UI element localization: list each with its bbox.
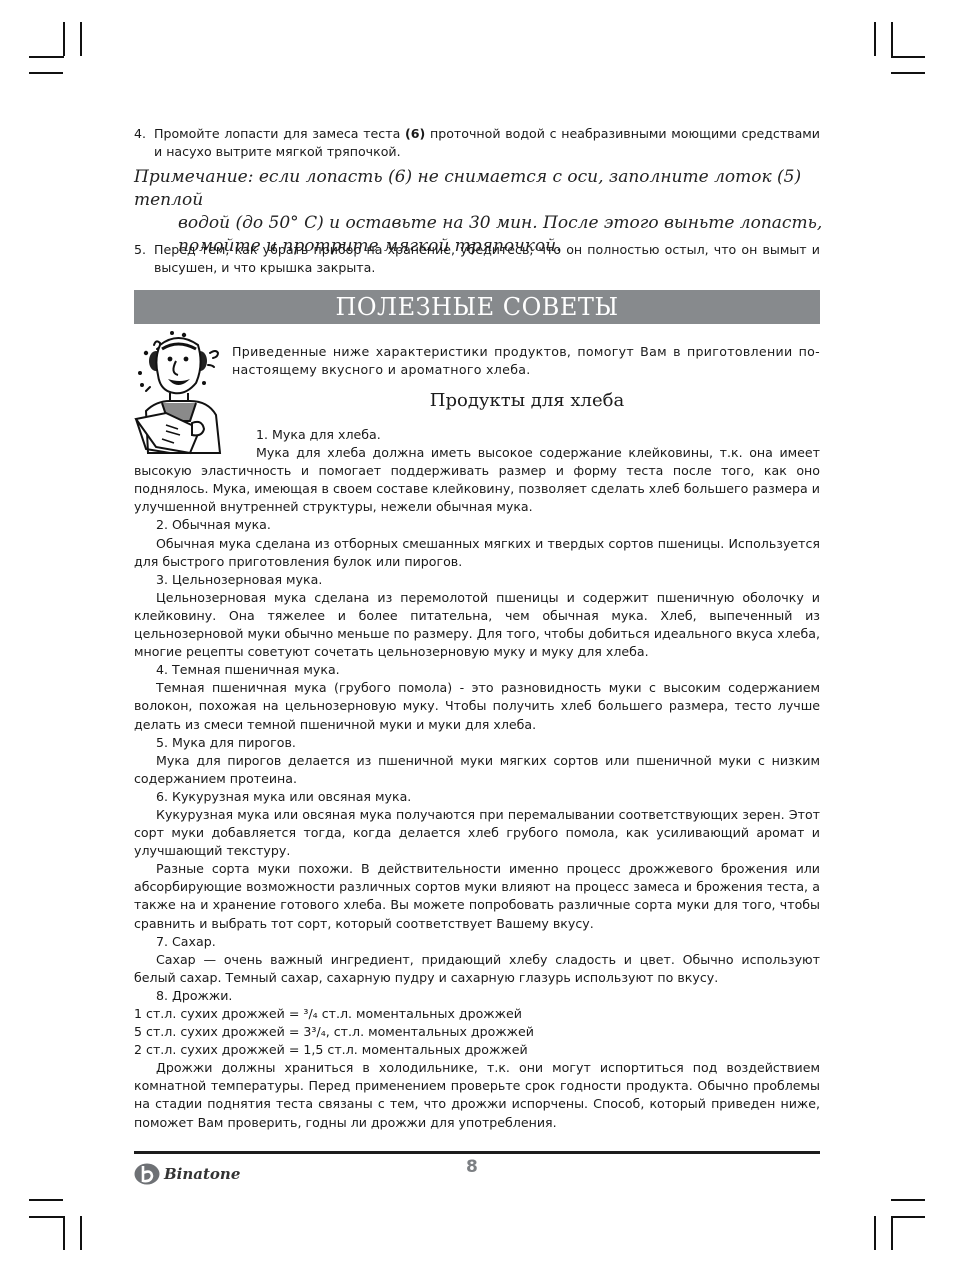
item-title: 8. Дрожжи.: [134, 987, 820, 1005]
item-title: 6. Кукурузная мука или овсяная мука.: [134, 788, 820, 806]
crop-mark: [29, 1216, 64, 1218]
yeast-conversion: 2 ст.л. сухих дрожжей = 1,5 ст.л. момент…: [134, 1041, 820, 1059]
footer-divider: [134, 1151, 820, 1154]
crop-mark: [891, 72, 925, 74]
item-title: 4. Темная пшеничная мука.: [134, 661, 820, 679]
step-text: Перед тем, как убрать прибор на хранение…: [154, 241, 820, 277]
item-text: Сахар — очень важный ингредиент, придающ…: [134, 951, 820, 987]
section-title: ПОЛЕЗНЫЕ СОВЕТЫ: [335, 293, 618, 321]
item-text: Цельнозерновая мука сделана из перемолот…: [134, 589, 820, 661]
crop-mark: [874, 22, 876, 56]
crop-mark: [891, 1216, 925, 1218]
item-text: Темная пшеничная мука (грубого помола) -…: [134, 679, 820, 733]
page-number: 8: [466, 1157, 478, 1177]
crop-mark: [891, 1199, 925, 1201]
crop-mark: [891, 22, 893, 56]
step-4: 4. Промойте лопасти для замеса теста (6)…: [134, 125, 820, 161]
step-number: 4.: [134, 125, 154, 161]
crop-mark: [63, 1216, 65, 1250]
crop-mark: [891, 56, 925, 58]
crop-mark: [80, 1216, 82, 1250]
part-reference: (6): [405, 126, 425, 141]
crop-mark: [891, 1216, 893, 1250]
brand-logo: Binatone: [134, 1163, 240, 1185]
product-list: 1. Мука для хлеба. Мука для хлеба должна…: [134, 426, 820, 1132]
crop-mark: [874, 1216, 876, 1250]
item-text: Дрожжи должны храниться в холодильнике, …: [134, 1059, 820, 1131]
step-5: 5. Перед тем, как убрать прибор на хране…: [134, 241, 820, 277]
crop-mark: [80, 22, 82, 56]
item-title: 5. Мука для пирогов.: [134, 734, 820, 752]
section-banner: ПОЛЕЗНЫЕ СОВЕТЫ: [134, 290, 820, 324]
note-label: Примечание:: [134, 167, 253, 187]
subheading: Продукты для хлеба: [232, 390, 822, 411]
crop-mark: [29, 56, 64, 58]
brand-name: Binatone: [164, 1165, 240, 1183]
item-text: Разные сорта муки похожи. В действительн…: [134, 860, 820, 932]
item-title: 3. Цельнозерновая мука.: [134, 571, 820, 589]
item-title: 7. Сахар.: [134, 933, 820, 951]
item-title: 1. Мука для хлеба.: [134, 426, 820, 444]
item-text: Обычная мука сделана из отборных смешанн…: [134, 535, 820, 571]
item-text: Мука для хлеба должна иметь высокое соде…: [134, 444, 820, 516]
yeast-conversion: 5 ст.л. сухих дрожжей = 3³/₄, ст.л. моме…: [134, 1023, 820, 1041]
step-number: 5.: [134, 241, 154, 277]
step-text: Промойте лопасти для замеса теста (6) пр…: [154, 125, 820, 161]
note-line: водой (до 50° С) и оставьте на 30 мин. П…: [134, 212, 834, 235]
yeast-conversion: 1 ст.л. сухих дрожжей = ³/₄ ст.л. момент…: [134, 1005, 820, 1023]
item-text: Мука для пирогов делается из пшеничной м…: [134, 752, 820, 788]
item-text: Кукурузная мука или овсяная мука получаю…: [134, 806, 820, 860]
intro-text: Приведенные ниже характеристики продукто…: [232, 343, 820, 379]
item-title: 2. Обычная мука.: [134, 516, 820, 534]
crop-mark: [29, 72, 63, 74]
crop-mark: [63, 22, 65, 56]
crop-mark: [29, 1199, 63, 1201]
binatone-logo-icon: [134, 1163, 160, 1185]
